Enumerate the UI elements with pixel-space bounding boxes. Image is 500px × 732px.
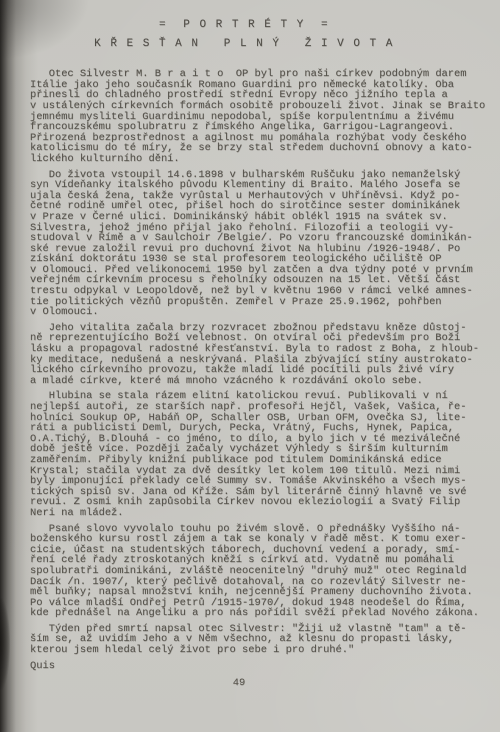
article-body: Otec Silvestr M. B r a i t o OP byl pro … bbox=[30, 69, 488, 655]
paragraph-intro: Otec Silvestr M. B r a i t o OP byl pro … bbox=[30, 69, 488, 164]
page-content: = P O R T R É T Y = K Ř E S Ť A N P L N … bbox=[0, 0, 500, 732]
section-title: = P O R T R É T Y = bbox=[30, 20, 458, 31]
paragraph-biography: Do života vstoupil 14.6.1898 v bulharské… bbox=[30, 170, 488, 318]
paragraph-hlubina-revue: Hlubina se stala rázem elitní katolickou… bbox=[30, 391, 488, 518]
paragraph-spoken-word: Psané slovo vyvolalo touhu po živém slov… bbox=[30, 524, 488, 619]
article-title: K Ř E S Ť A N P L N Ý Ž I V O T A bbox=[30, 39, 458, 50]
page-number: 49 bbox=[30, 678, 448, 689]
paragraph-vitality: Jeho vitalita začala brzy rozvracet zbož… bbox=[30, 323, 488, 387]
paragraph-final-quote: Týden před smrtí napsal otec Silvestr: "… bbox=[30, 624, 488, 656]
author-signature: Quis bbox=[30, 661, 488, 672]
scanned-document-page: = P O R T R É T Y = K Ř E S Ť A N P L N … bbox=[0, 0, 500, 732]
